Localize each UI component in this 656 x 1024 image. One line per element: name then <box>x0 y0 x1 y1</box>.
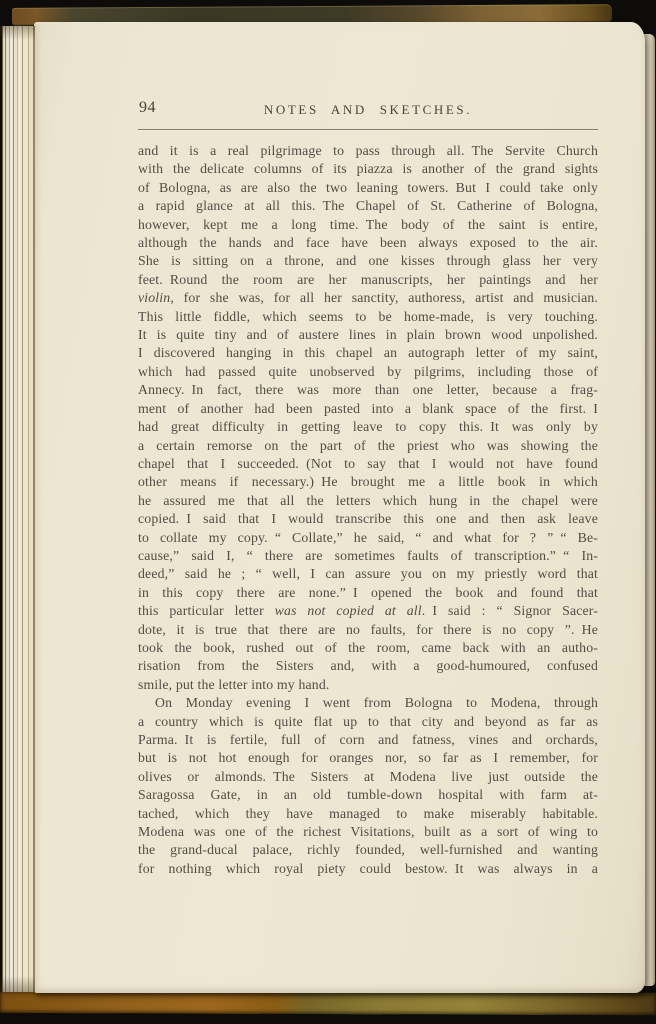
text-line: Modena was one of the richest Visitation… <box>138 823 598 841</box>
text-line: he assured me that all the letters which… <box>138 492 598 510</box>
text-line: Saragossa Gate, in an old tumble-down ho… <box>138 786 598 804</box>
text-line: olives or almonds. The Sisters at Modena… <box>138 768 598 786</box>
text-segment: a rapid glance at all this. The Chapel o… <box>138 198 598 213</box>
text-segment: had great difficulty in getting leave to… <box>138 419 598 434</box>
text-line: took the book, rushed out of the room, c… <box>138 639 598 657</box>
text-line: It is quite tiny and of austere lines in… <box>138 326 598 344</box>
text-line: the grand-ducal palace, richly founded, … <box>138 841 598 859</box>
text-line: to collate my copy. “ Collate,” he said,… <box>138 529 598 547</box>
text-segment: to collate my copy. “ Collate,” he said,… <box>138 530 598 545</box>
text-segment: cause,” said I, “ there are sometimes fa… <box>138 548 598 563</box>
text-segment: this particular letter <box>138 603 275 618</box>
text-segment: other means if necessary.) He brought me… <box>138 474 598 489</box>
text-segment: and it is a real pilgrimage to pass thro… <box>138 143 598 158</box>
text-line: chapel that I succeeded. (Not to say tha… <box>138 455 598 473</box>
header-rule <box>138 129 598 130</box>
text-segment: feet. Round the room are her manuscripts… <box>138 272 598 287</box>
text-segment: which had passed quite unobserved by pil… <box>138 364 598 379</box>
text-segment: It is quite tiny and of austere lines in… <box>138 327 598 342</box>
text-segment: ment of another had been pasted into a b… <box>138 401 598 416</box>
text-segment: smile, put the letter into my hand. <box>138 677 329 692</box>
text-segment: , for she was, for all her sanctity, aut… <box>170 290 598 305</box>
text-segment: This little fiddle, which seems to be ho… <box>138 309 598 324</box>
text-segment: Parma. It is fertile, full of corn and f… <box>138 732 598 747</box>
text-line: violin, for she was, for all her sanctit… <box>138 289 598 307</box>
text-line: risation from the Sisters and, with a go… <box>138 657 598 675</box>
text-segment: . I said : “ Signor Sacer- <box>422 603 598 618</box>
text-line: but is not hot enough for oranges nor, s… <box>138 749 598 767</box>
text-line: and it is a real pilgrimage to pass thro… <box>138 142 598 160</box>
text-line: cause,” said I, “ there are sometimes fa… <box>138 547 598 565</box>
text-segment: but is not hot enough for oranges nor, s… <box>138 750 598 765</box>
text-segment: took the book, rushed out of the room, c… <box>138 640 598 655</box>
text-line: for nothing which royal piety could best… <box>138 860 598 878</box>
italic-text-segment: was not copied at all <box>275 603 422 618</box>
text-line: a certain remorse on the part of the pri… <box>138 437 598 455</box>
text-segment: She is sitting on a throne, and one kiss… <box>138 253 598 268</box>
text-line: however, kept me a long time. The body o… <box>138 216 598 234</box>
text-line: I discovered hanging in this chapel an a… <box>138 344 598 362</box>
text-line: deed,” said he ; “ well, I can assure yo… <box>138 565 598 583</box>
text-segment: a country which is quite flat up to that… <box>138 714 598 729</box>
text-segment: Modena was one of the richest Visitation… <box>138 824 598 839</box>
text-line: Parma. It is fertile, full of corn and f… <box>138 731 598 749</box>
left-page-edges <box>0 26 35 992</box>
text-line: other means if necessary.) He brought me… <box>138 473 598 491</box>
text-line: in this copy there are none.” I opened t… <box>138 584 598 602</box>
book-cover-bottom-edge <box>0 990 656 1015</box>
text-segment: On Monday evening I went from Bologna to… <box>155 695 598 710</box>
text-segment: chapel that I succeeded. (Not to say tha… <box>138 456 598 471</box>
text-line: She is sitting on a throne, and one kiss… <box>138 252 598 270</box>
text-segment: for nothing which royal piety could best… <box>138 861 598 876</box>
italic-text-segment: violin <box>138 290 170 305</box>
text-segment: he assured me that all the letters which… <box>138 493 598 508</box>
text-line: with the delicate columns of its piazza … <box>138 160 598 178</box>
text-line: ment of another had been pasted into a b… <box>138 400 598 418</box>
body-text: and it is a real pilgrimage to pass thro… <box>138 142 598 878</box>
text-line: had great difficulty in getting leave to… <box>138 418 598 436</box>
text-segment: in this copy there are none.” I opened t… <box>138 585 598 600</box>
text-line: On Monday evening I went from Bologna to… <box>138 694 598 712</box>
text-segment: with the delicate columns of its piazza … <box>138 161 598 176</box>
text-line: feet. Round the room are her manuscripts… <box>138 271 598 289</box>
text-line: this particular letter was not copied at… <box>138 602 598 620</box>
text-segment: of Bologna, as are also the two leaning … <box>138 180 598 195</box>
text-line: a rapid glance at all this. The Chapel o… <box>138 197 598 215</box>
text-line: Annecy. In fact, there was more than one… <box>138 381 598 399</box>
text-line: smile, put the letter into my hand. <box>138 676 598 694</box>
text-segment: although the hands and face have been al… <box>138 235 598 250</box>
text-line: a country which is quite flat up to that… <box>138 713 598 731</box>
text-segment: I discovered hanging in this chapel an a… <box>138 345 598 360</box>
text-segment: dote, it is true that there are no fault… <box>138 622 598 637</box>
text-line: This little fiddle, which seems to be ho… <box>138 308 598 326</box>
text-line: tached, which they have managed to make … <box>138 805 598 823</box>
text-segment: olives or almonds. The Sisters at Modena… <box>138 769 598 784</box>
text-line: dote, it is true that there are no fault… <box>138 621 598 639</box>
text-segment: a certain remorse on the part of the pri… <box>138 438 598 453</box>
text-line: copied. I said that I would transcribe t… <box>138 510 598 528</box>
text-segment: copied. I said that I would transcribe t… <box>138 511 598 526</box>
running-title: NOTES AND SKETCHES. <box>138 102 598 118</box>
book-page: 94 NOTES AND SKETCHES. and it is a real … <box>34 22 645 993</box>
text-segment: tached, which they have managed to make … <box>138 806 598 821</box>
text-line: of Bologna, as are also the two leaning … <box>138 179 598 197</box>
text-segment: the grand-ducal palace, richly founded, … <box>138 842 598 857</box>
text-line: which had passed quite unobserved by pil… <box>138 363 598 381</box>
text-segment: Annecy. In fact, there was more than one… <box>138 382 598 397</box>
text-segment: deed,” said he ; “ well, I can assure yo… <box>138 566 598 581</box>
text-segment: Saragossa Gate, in an old tumble-down ho… <box>138 787 598 802</box>
text-segment: however, kept me a long time. The body o… <box>138 217 598 232</box>
text-line: although the hands and face have been al… <box>138 234 598 252</box>
text-segment: risation from the Sisters and, with a go… <box>138 658 598 673</box>
book-photo: 94 NOTES AND SKETCHES. and it is a real … <box>0 0 656 1024</box>
